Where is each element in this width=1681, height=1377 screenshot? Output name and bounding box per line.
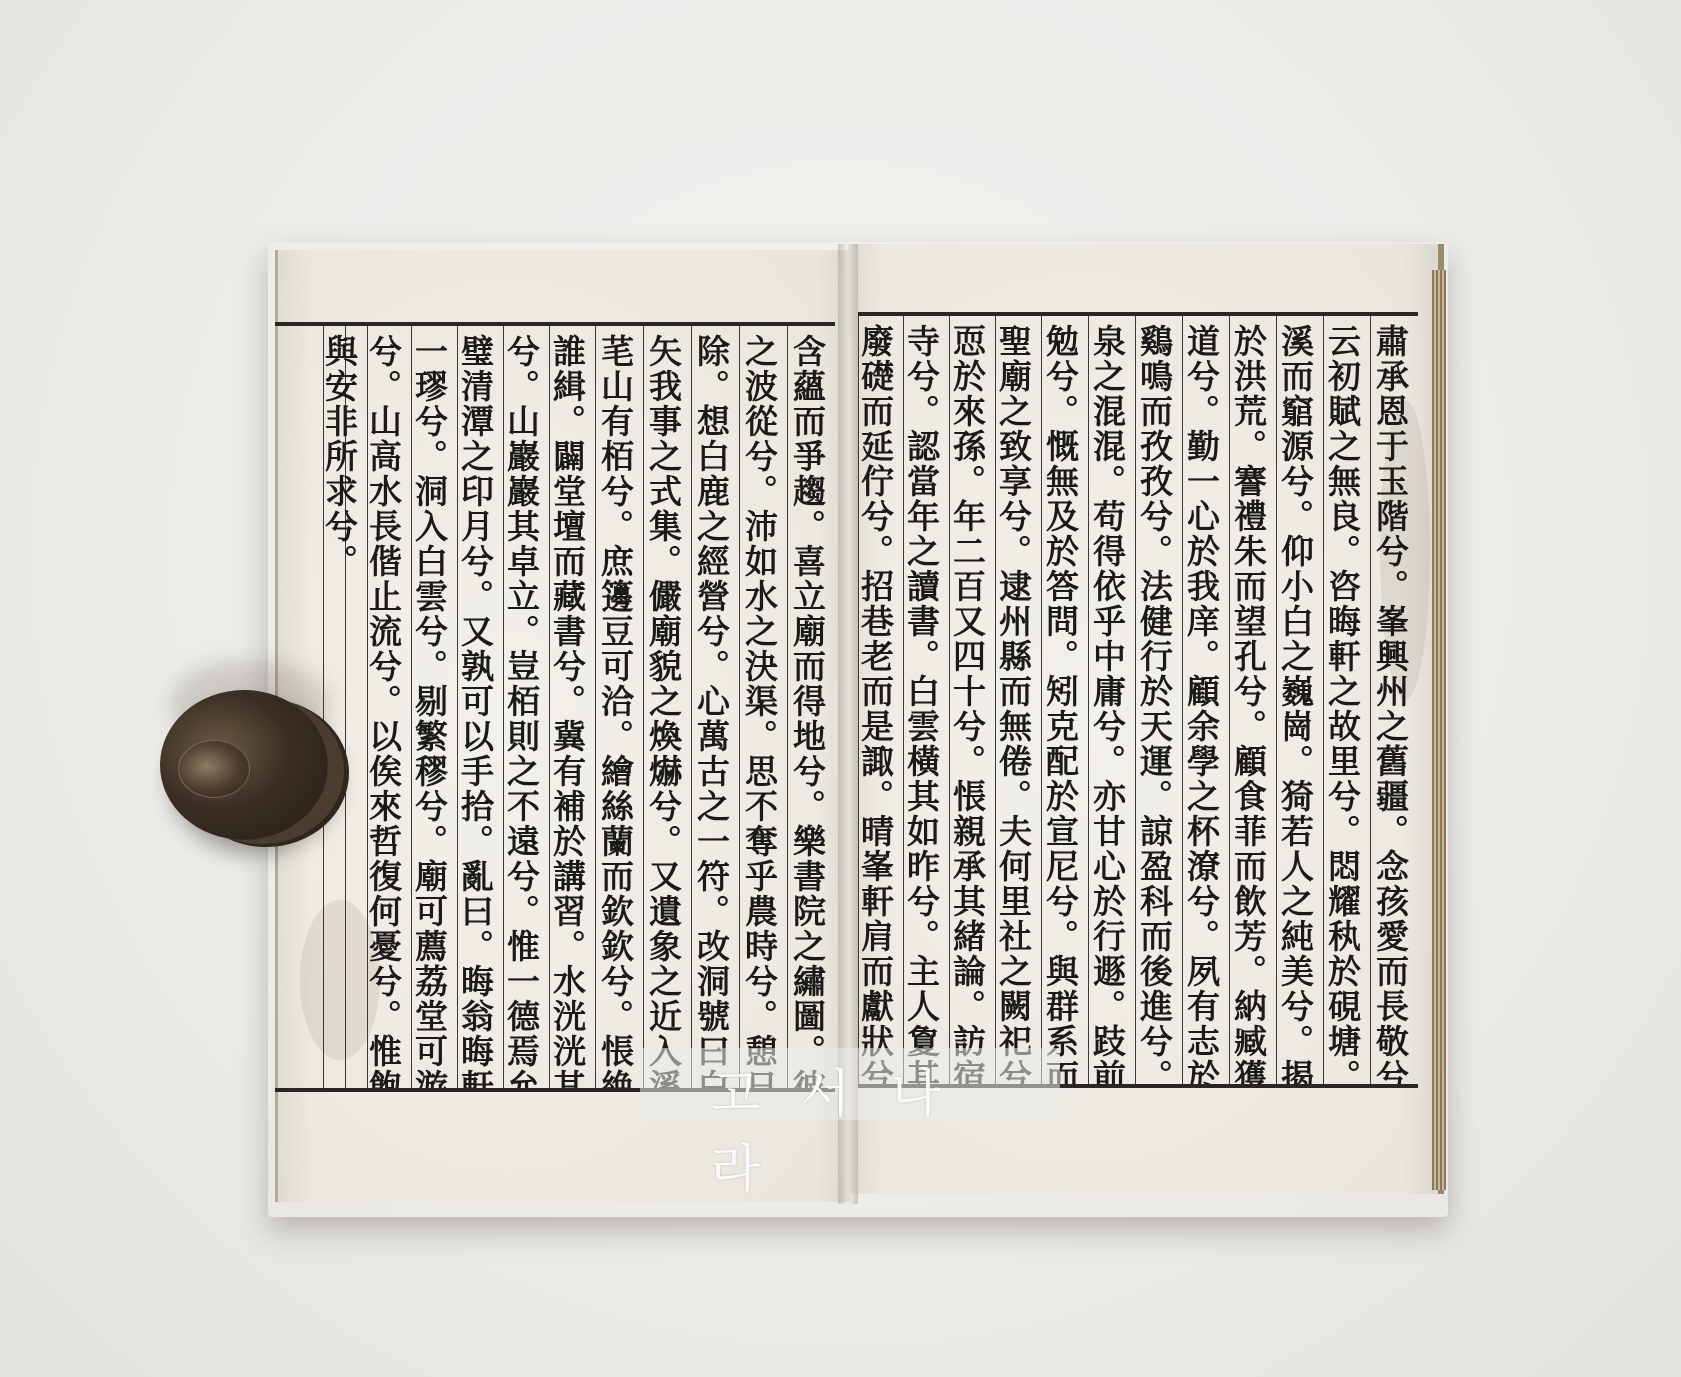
text-column: 兮。山高水長偕止流兮。以俟來哲復何憂兮。惟飽 [367, 326, 411, 1088]
page-edge-stack [1432, 270, 1446, 1190]
text-column: 芼山有栢兮。庶籩豆可洽。繪絲蘭而欽欽兮。悵絶緒之 [595, 326, 643, 1088]
text-column: 兮。山巖巖其卓立。豈栢則之不遠兮。惟一德焉允執。 [503, 326, 549, 1088]
watermark: 고서나라 [640, 1048, 1060, 1120]
text-column: 肅承恩于玉階兮。峯興州之舊疆。念孩愛而長敬兮。孰 [1370, 316, 1418, 1084]
text-column: 云初賦之無良。咨晦軒之故里兮。悶耀秇於硯塘。沂竹 [1323, 316, 1370, 1084]
text-column: 寺兮。認當年之讀書。白雲橫其如昨兮。主人夐其模樊 [903, 316, 949, 1084]
watermark-text: 고서나라 [710, 1052, 1060, 1202]
left-page-text-frame: 含蘊而爭趨。喜立廟而得地兮。樂書院之繡圖。彼章甫 之波從兮。沛如水之決渠。思不奪… [275, 322, 835, 1092]
right-page-text-frame: 肅承恩于玉階兮。峯興州之舊疆。念孩愛而長敬兮。孰 云初賦之無良。咨晦軒之故里兮。… [858, 312, 1418, 1088]
text-column: 聖廟之致享兮。逮州縣而無倦。夫何里社之闕祀兮。俾遺 [995, 316, 1041, 1084]
text-column: 含蘊而爭趨。喜立廟而得地兮。樂書院之繡圖。彼章甫 [787, 326, 835, 1088]
text-column: 勉兮。慨無及於答問。矧克配於宣尼兮。與群系而同進。惟 [1041, 316, 1088, 1084]
text-column: 一璆兮。洞入白雲兮。剔繁穋兮。廟可薦荔堂可游 [411, 326, 457, 1088]
text-column: 除。想白鹿之經營兮。心萬古之一符。改洞號曰白雲兮。 [691, 326, 739, 1088]
text-column: 溪而竆源兮。仰小白之巍崗。猗若人之純美兮。揭日月 [1276, 316, 1323, 1084]
text-column: 之波從兮。沛如水之決渠。思不奪乎農時兮。憩日月之其 [739, 326, 787, 1088]
text-column: 於洪荒。謇禮朱而望孔兮。顧食菲而飲芳。納臧獲而衛 [1229, 316, 1276, 1084]
text-column: 璧清潭之印月兮。又孰可以手拾。亂曰。晦翁晦軒貫 [457, 326, 503, 1088]
text-column: 泉之混混。苟得依乎中庸兮。亦甘心於行遯。跂前修而黽 [1088, 316, 1135, 1084]
paperweight-knob [178, 740, 250, 798]
text-column: 誰緝。闢堂壇而藏書兮。冀有補於講習。水洸洸其不舍 [549, 326, 595, 1088]
text-column: 廢礎而延佇兮。招巷老而是諏。晴峯軒肩而獻狀兮。鑑潤 [858, 316, 903, 1084]
text-column: 矢我事之式集。儼廟貌之煥爀兮。又遺象之近入溪有 [643, 326, 691, 1088]
text-column: 恧於來孫。年二百又四十兮。悵親承其緒論。訪宿水之古 [949, 316, 995, 1084]
text-column: 鷄鳴而孜孜兮。法健行於天運。諒盈科而後進兮。夫固源 [1135, 316, 1182, 1084]
text-column: 道兮。勤一心於我庠。顧余學之杯潦兮。夙有志於望洋。鵙 [1182, 316, 1229, 1084]
